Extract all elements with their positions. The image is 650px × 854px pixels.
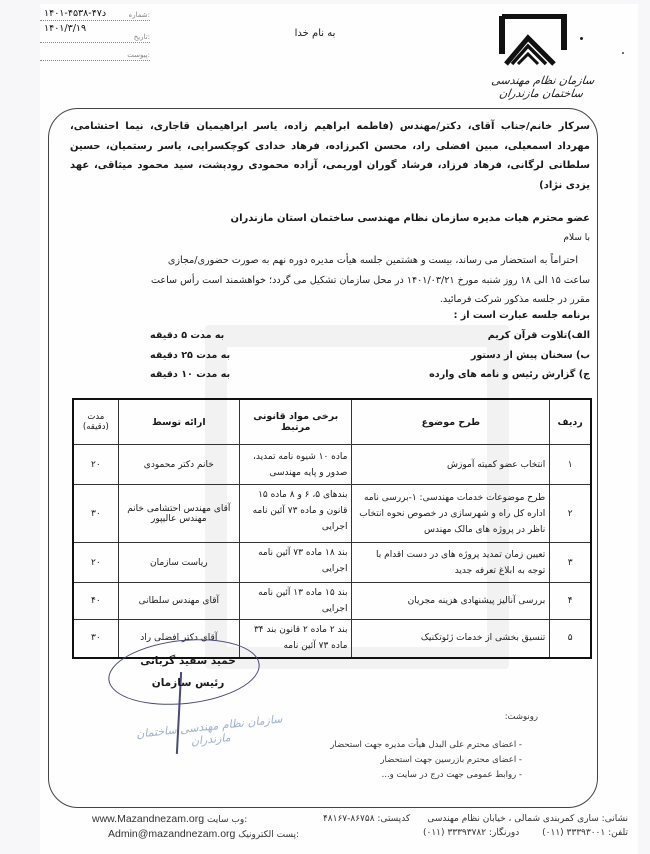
cell-topic: طرح موضوعات خدمات مهندسی: ۱-بررسی نامه ا… [352,485,550,543]
cell-topic: تعیین زمان تمدید پروژه های در دست اقدام … [352,543,550,583]
email-link[interactable]: Admin@mazandnezam.org [108,828,235,840]
logo-dot [580,37,583,40]
table-row: ۴ بررسی آنالیز پیشنهادی هزینه مجریان بند… [73,583,591,620]
greeting: با سلام [563,233,590,243]
body-line-2: ساعت ۱۵ الی ۱۸ روز شنبه مورخ ۱۴۰۱/۰۳/۲۱ … [110,271,590,291]
recipients-list: سرکار خانم/جناب آقای، دکتر/مهندس (فاطمه … [70,117,590,195]
footer-line-2: تلفن: ۳۳۳۹۳۰۰۱ (۰۱۱) دورنگار: ۳۳۳۹۳۷۸۲ (… [268,826,628,840]
cc-list: - اعضای محترم علی البدل هیأت مدیره جهت ا… [282,738,522,783]
signature-block: حمید سفید گربانی رئیس سازمان [118,650,258,694]
table-row: ۲ طرح موضوعات خدمات مهندسی: ۱-بررسی نامه… [73,485,591,543]
cell-duration: ۳۰ [73,620,118,658]
body-line-3: مقرر در جلسه مذکور شرکت فرمائید. [110,290,590,310]
cell-radif: ۴ [550,583,591,620]
margin-dot [622,52,624,54]
agenda-title: برنامه جلسه عبارت است از : [454,310,590,321]
table-row: ۳ تعیین زمان تمدید پروژه های در دست اقدا… [73,543,591,583]
letter-body: احتراماً به استحضار می رساند، بیست و هشت… [110,251,590,310]
cell-legal: بندهای ۵، ۶ و ۸ ماده ۱۵ قانون و ماده ۷۳ … [239,485,352,543]
signer-name: حمید سفید گربانی [118,650,258,672]
table-header-row: ردیف طرح موضوع برخی مواد قانونی مرتبط ار… [73,399,591,445]
table-row: ۱ انتخاب عضو کمیته آموزش ماده ۱۰ شیوه نا… [73,445,591,485]
organization-name-script: سازمان نظام مهندسی ساختمان مازندران [480,74,604,100]
body-line-1: احتراماً به استحضار می رساند، بیست و هشت… [110,251,590,271]
cell-duration: ۲۰ [73,445,118,485]
header-radif: ردیف [550,399,591,445]
website-label: وب سایت: [207,815,247,825]
cell-radif: ۱ [550,445,591,485]
footer-contact: نشانی: ساری کمربندی شمالی ، خیابان نظام … [268,812,628,840]
website-link[interactable]: www.Mazandnezam.org [92,813,204,825]
attachment-field: پیوست: [40,48,150,61]
cc-title: رونوشت: [505,712,538,722]
agenda-item: ج) گزارش رئیس و نامه های وارده به مدت ۱۰… [150,369,590,389]
letter-date-label: تاریخ: [134,33,150,41]
cell-presenter: ریاست سازمان [118,543,239,583]
cell-topic: انتخاب عضو کمیته آموزش [352,445,550,485]
footer-postal-code: کدپستی: ۸۶۷۵۸-۴۸۱۶۷ [323,814,410,824]
cell-legal: ماده ۱۰ شیوه نامه تمدید، صدور و پایه مهن… [239,445,352,485]
cc-item: - اعضای محترم بازرسین جهت استحضار [282,753,522,768]
cell-duration: ۲۰ [73,543,118,583]
meeting-topics-table: ردیف طرح موضوع برخی مواد قانونی مرتبط ار… [72,398,592,659]
cell-legal: بند ۱۵ ماده ۱۳ آئین نامه اجرایی [239,583,352,620]
agenda-item-duration: به مدت ۲۵ دقیقه [150,350,230,361]
header-topic: طرح موضوع [352,399,550,445]
addressee-line: عضو محترم هیات مدیره سازمان نظام مهندسی … [231,213,590,224]
agenda-item-label: ج) گزارش رئیس و نامه های وارده [429,369,590,380]
letter-number-value: ۱۴۰۱-د۴۷-۴۵۳۸ [44,8,106,19]
cell-presenter: خانم دکتر محمودی [118,445,239,485]
agenda-list: الف)تلاوت قرآن کریم به مدت ۵ دقیقه ب) سخ… [150,330,590,389]
agenda-item-label: ب) سخنان پیش از دستور [471,350,590,361]
header-legal: برخی مواد قانونی مرتبط [239,399,352,445]
footer-fax: دورنگار: ۳۳۳۹۳۷۸۲ (۰۱۱) [423,828,519,838]
footer-website-line: www.Mazandnezam.org وب سایت: [92,812,322,827]
footer-web: www.Mazandnezam.org وب سایت: Admin@mazan… [92,812,322,842]
cell-topic: تنسیق بخشی از خدمات ژئوتکنیک [352,620,550,658]
footer-phone: تلفن: ۳۳۳۹۳۰۰۱ (۰۱۱) [542,828,628,838]
header-duration: مدت (دقیقه) [73,399,118,445]
agenda-item: ب) سخنان پیش از دستور به مدت ۲۵ دقیقه [150,350,590,370]
attachment-label: پیوست: [127,51,150,59]
header-presenter: ارائه توسط [118,399,239,445]
cell-presenter: آقای مهندس سلطانی [118,583,239,620]
cell-radif: ۵ [550,620,591,658]
cell-radif: ۲ [550,485,591,543]
cell-legal: بند ۱۸ ماده ۷۳ آئین نامه اجرایی [239,543,352,583]
organization-logo-icon [498,14,570,68]
agenda-item-label: الف)تلاوت قرآن کریم [488,330,590,341]
cc-item: - اعضای محترم علی البدل هیأت مدیره جهت ا… [282,738,522,753]
cell-topic: بررسی آنالیز پیشنهادی هزینه مجریان [352,583,550,620]
cell-duration: ۴۰ [73,583,118,620]
cc-item: - روابط عمومی جهت درج در سایت و... [282,768,522,783]
letter-number-label: شماره: [129,11,150,19]
footer-address: نشانی: ساری کمربندی شمالی ، خیابان نظام … [427,814,628,824]
footer-email-line: Admin@mazandnezam.org پست الکترونیک: [92,827,322,842]
agenda-item-duration: به مدت ۱۰ دقیقه [150,369,230,380]
signer-title: رئیس سازمان [118,672,258,694]
agenda-item-duration: به مدت ۵ دقیقه [150,330,224,341]
bismillah-heading: به نام خدا [270,28,360,39]
letter-date-field: تاریخ: ۱۴۰۱/۳/۱۹ [40,30,150,43]
cell-presenter: آقای مهندس احتشامی خانم مهندس عالیپور [118,485,239,543]
letter-number-field: شماره: ۱۴۰۱-د۴۷-۴۵۳۸ [40,8,150,21]
letter-date-value: ۱۴۰۱/۳/۱۹ [44,23,86,34]
footer-line-1: نشانی: ساری کمربندی شمالی ، خیابان نظام … [268,812,628,826]
email-label: پست الکترونیک: [238,830,299,840]
cell-duration: ۳۰ [73,485,118,543]
cell-radif: ۳ [550,543,591,583]
agenda-item: الف)تلاوت قرآن کریم به مدت ۵ دقیقه [150,330,590,350]
